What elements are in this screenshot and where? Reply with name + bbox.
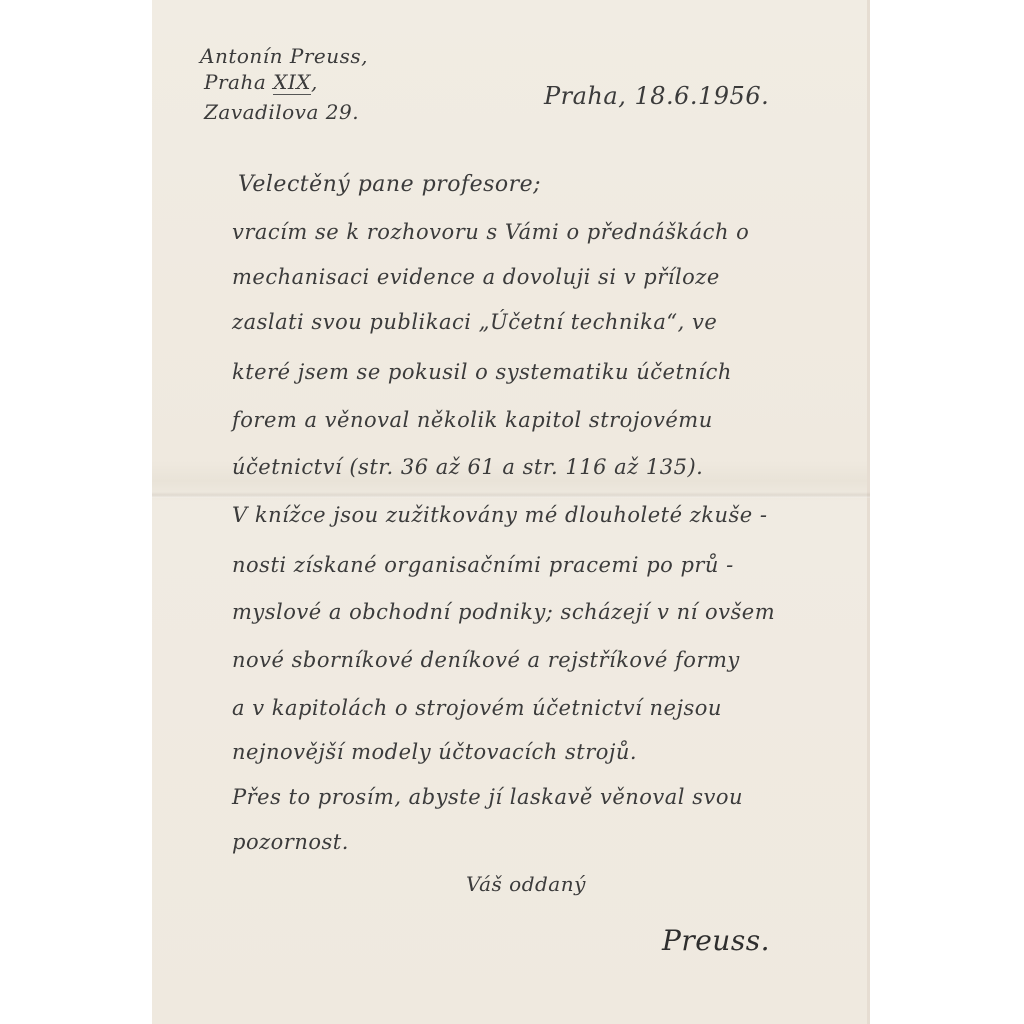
body-line: nosti získané organisačními pracemi po p… (232, 553, 734, 577)
body-line: vracím se k rozhovoru s Vámi o přednášká… (232, 220, 749, 244)
sender-city-prefix: Praha (204, 70, 273, 94)
body-line: které jsem se pokusil o systematiku účet… (232, 360, 732, 384)
paper-fold-crease (152, 492, 870, 498)
body-line: pozornost. (232, 830, 349, 854)
sender-name: Antonín Preuss, (200, 44, 368, 68)
sender-city: Praha XIX, (204, 70, 318, 94)
closing: Váš oddaný (466, 872, 586, 896)
body-line: mechanisaci evidence a dovoluji si v pří… (232, 265, 720, 289)
place-date: Praha, 18.6.1956. (544, 82, 769, 110)
body-line: účetnictví (str. 36 až 61 a str. 116 až … (232, 455, 703, 479)
body-line: forem a věnoval několik kapitol strojové… (232, 408, 713, 432)
sender-street: Zavadilova 29. (204, 100, 359, 124)
body-line: nové sborníkové deníkové a rejstříkové f… (232, 648, 740, 672)
sender-city-suffix: , (311, 70, 318, 94)
body-line: zaslati svou publikaci „Účetní technika“… (232, 310, 717, 334)
body-line: V knížce jsou zužitkovány mé dlouholeté … (232, 503, 767, 527)
body-line: a v kapitolách o strojovém účetnictví ne… (232, 696, 722, 720)
signature: Preuss. (662, 924, 770, 957)
body-line: nejnovější modely účtovacích strojů. (232, 740, 637, 764)
salutation: Velectěný pane profesore; (238, 172, 541, 197)
sender-district: XIX (273, 70, 311, 95)
body-line: myslové a obchodní podniky; scházejí v n… (232, 600, 775, 624)
body-line: Přes to prosím, abyste jí laskavě věnova… (232, 785, 743, 809)
